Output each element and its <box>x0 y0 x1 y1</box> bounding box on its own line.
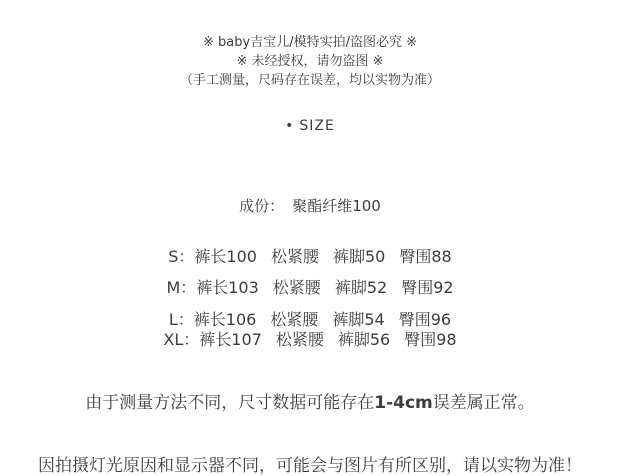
size-and-length: XL：裤长107 <box>163 329 261 351</box>
size-row-m: M：裤长103 松紧腰 裤脚52 臀围92 <box>0 277 620 299</box>
waist-value: 松紧腰 <box>273 277 321 299</box>
note-prefix: 由于测量方法不同，尺寸数据可能存在 <box>85 391 374 415</box>
measurement-tolerance-note: 由于测量方法不同，尺寸数据可能存在1-4cm误差属正常。 <box>0 391 620 415</box>
size-and-length: L：裤长106 <box>169 309 256 331</box>
product-description-page: ※ baby吉宝儿/模特实拍/盗图必究 ※ ※ 未经授权，请勿盗图 ※ （手工测… <box>0 0 620 476</box>
note-suffix: 误差属正常。 <box>433 391 535 415</box>
pant-length-value: 裤长100 <box>194 247 257 266</box>
notice-line-brand: ※ baby吉宝儿/模特实拍/盗图必究 ※ <box>0 33 620 52</box>
leg-opening-value: 裤脚56 <box>338 329 390 351</box>
size-row-s: S：裤长100 松紧腰 裤脚50 臀围88 <box>0 246 620 268</box>
notice-line-measurement: （手工测量，尺码存在误差，均以实物为准） <box>0 71 620 90</box>
waist-value: 松紧腰 <box>271 246 319 268</box>
hip-value: 臀围92 <box>401 277 453 299</box>
size-section-title: • SIZE <box>0 116 620 136</box>
size-row-xl: XL：裤长107 松紧腰 裤脚56 臀围98 <box>0 329 620 351</box>
hip-value: 臀围98 <box>404 329 456 351</box>
size-title-text: SIZE <box>299 116 334 136</box>
pant-length-value: 裤长103 <box>196 278 259 297</box>
waist-value: 松紧腰 <box>276 329 324 351</box>
leg-opening-value: 裤脚50 <box>333 246 385 268</box>
size-row-l: L：裤长106 松紧腰 裤脚54 臀围96 <box>0 309 620 331</box>
composition-line: 成份： 聚酯纤维100 <box>0 196 620 217</box>
bullet-icon: • <box>285 116 293 136</box>
anti-theft-notice: ※ baby吉宝儿/模特实拍/盗图必究 ※ ※ 未经授权，请勿盗图 ※ （手工测… <box>0 33 620 90</box>
display-difference-note: 因拍摄灯光原因和显示器不同，可能会与图片有所区别，请以实物为准！ <box>0 454 620 476</box>
size-and-length: M：裤长103 <box>166 277 258 299</box>
size-label: S： <box>168 247 194 266</box>
composition-value: 聚酯纤维100 <box>292 196 381 217</box>
hip-value: 臀围96 <box>399 309 451 331</box>
composition-label: 成份： <box>239 196 284 217</box>
waist-value: 松紧腰 <box>270 309 318 331</box>
note-tolerance-bold: 1-4cm <box>374 391 433 415</box>
display-note-text: 因拍摄灯光原因和显示器不同，可能会与图片有所区别，请以实物为准！ <box>38 454 582 476</box>
pant-length-value: 裤长107 <box>199 330 262 349</box>
hip-value: 臀围88 <box>399 246 451 268</box>
leg-opening-value: 裤脚52 <box>335 277 387 299</box>
size-label: XL： <box>163 330 199 349</box>
size-and-length: S：裤长100 <box>168 246 257 268</box>
size-label: M： <box>166 278 196 297</box>
size-label: L： <box>169 310 194 329</box>
leg-opening-value: 裤脚54 <box>332 309 384 331</box>
notice-line-authorization: ※ 未经授权，请勿盗图 ※ <box>0 52 620 71</box>
pant-length-value: 裤长106 <box>194 310 257 329</box>
